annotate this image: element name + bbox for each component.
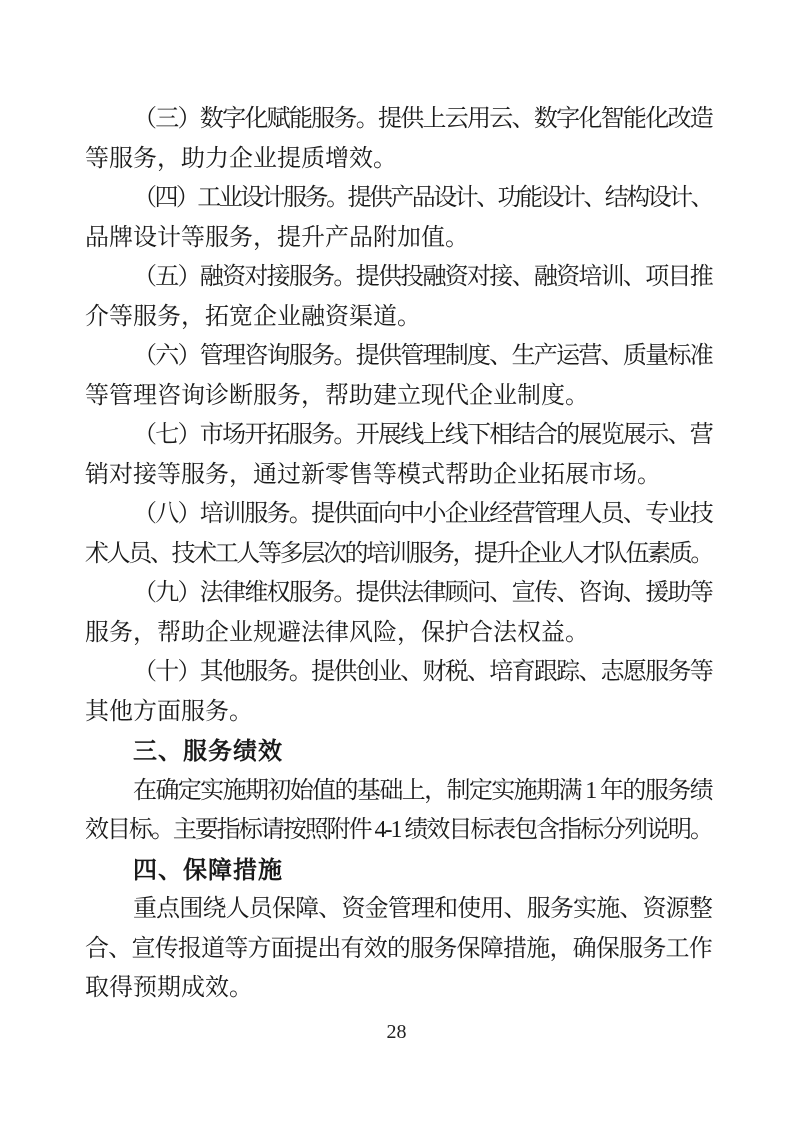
section-heading: 四、保障措施 (85, 851, 712, 891)
text-line: （三）数字化赋能服务。提供上云用云、数字化智能化改造 (85, 100, 712, 140)
text-line: 等管理咨询诊断服务，帮助建立现代企业制度。 (85, 377, 712, 417)
text-line: （十）其他服务。提供创业、财税、培育跟踪、志愿服务等 (85, 653, 712, 693)
text-line: （七）市场开拓服务。开展线上线下相结合的展览展示、营 (85, 416, 712, 456)
page-number: 28 (0, 1020, 793, 1044)
text-line: 取得预期成效。 (85, 969, 712, 1009)
text-line: （八）培训服务。提供面向中小企业经营管理人员、专业技 (85, 495, 712, 535)
text-line: （五）融资对接服务。提供投融资对接、融资培训、项目推 (85, 258, 712, 298)
section-heading: 三、服务绩效 (85, 732, 712, 772)
text-line: 服务，帮助企业规避法律风险，保护合法权益。 (85, 614, 712, 654)
text-line: 品牌设计等服务，提升产品附加值。 (85, 219, 712, 259)
text-line: 效目标。主要指标请按照附件 4-1 绩效目标表包含指标分列说明。 (85, 811, 712, 851)
text-line: 重点围绕人员保障、资金管理和使用、服务实施、资源整 (85, 890, 712, 930)
document-body: （三）数字化赋能服务。提供上云用云、数字化智能化改造等服务，助力企业提质增效。（… (85, 100, 712, 1009)
text-line: 其他方面服务。 (85, 693, 712, 733)
text-line: 术人员、技术工人等多层次的培训服务，提升企业人才队伍素质。 (85, 535, 712, 575)
text-line: （六）管理咨询服务。提供管理制度、生产运营、质量标准 (85, 337, 712, 377)
text-line: 销对接等服务，通过新零售等模式帮助企业拓展市场。 (85, 456, 712, 496)
text-line: 等服务，助力企业提质增效。 (85, 140, 712, 180)
text-line: 在确定实施期初始值的基础上，制定实施期满 1 年的服务绩 (85, 772, 712, 812)
text-line: 介等服务，拓宽企业融资渠道。 (85, 298, 712, 338)
text-line: （九）法律维权服务。提供法律顾问、宣传、咨询、援助等 (85, 574, 712, 614)
text-line: 合、宣传报道等方面提出有效的服务保障措施，确保服务工作 (85, 930, 712, 970)
text-line: （四）工业设计服务。提供产品设计、功能设计、结构设计、 (85, 179, 712, 219)
document-page: （三）数字化赋能服务。提供上云用云、数字化智能化改造等服务，助力企业提质增效。（… (0, 0, 793, 1122)
